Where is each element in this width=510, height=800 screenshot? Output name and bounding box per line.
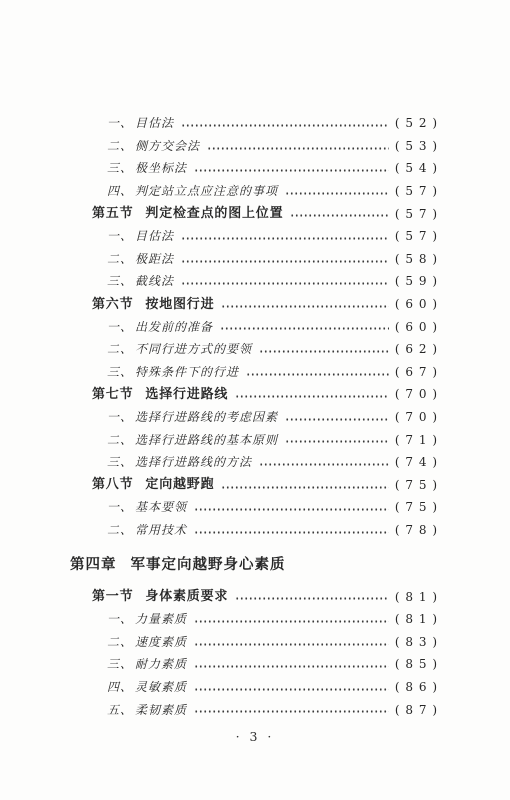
entry-page-number: ( 5 9 ) (395, 275, 438, 287)
entry-number: 四、 (107, 681, 133, 693)
entry-title: 按地图行进 (145, 298, 214, 311)
dot-leader (194, 676, 389, 699)
entry-title: 军事定向越野身心素质 (131, 558, 286, 573)
entry-title: 判定站立点应注意的事项 (135, 185, 278, 197)
book-page: 一、目估法( 5 2 )二、侧方交会法( 5 3 )三、极坐标法( 5 4 )四… (0, 0, 510, 800)
entry-page-number: ( 8 1 ) (395, 613, 438, 625)
entry-number: 第六节 (92, 298, 133, 311)
dot-leader (194, 698, 389, 721)
entry-number: 三、 (107, 456, 133, 468)
dot-leader (259, 451, 389, 474)
entry-number: 五、 (107, 704, 133, 716)
entry-title: 目估法 (135, 117, 174, 129)
entry-number: 三、 (107, 658, 133, 670)
dot-leader (235, 585, 389, 608)
entry-number: 二、 (107, 343, 133, 355)
dot-leader (194, 496, 389, 519)
dot-leader (221, 474, 389, 497)
toc-entry-row: 一、目估法( 5 2 ) (70, 112, 438, 135)
dot-leader (259, 338, 389, 361)
entry-number: 二、 (107, 434, 133, 446)
dot-leader (285, 428, 389, 451)
entry-page-number: ( 7 5 ) (395, 479, 438, 491)
entry-number: 四、 (107, 185, 133, 197)
entry-title: 目估法 (135, 230, 174, 242)
dot-leader (181, 270, 389, 293)
entry-number: 第一节 (92, 590, 133, 603)
entry-page-number: ( 5 8 ) (395, 253, 438, 265)
toc-entry-row: 第七节选择行进路线( 7 0 ) (70, 383, 438, 406)
toc-entry-row: 二、侧方交会法( 5 3 ) (70, 135, 438, 158)
toc-entry-row: 三、截线法( 5 9 ) (70, 270, 438, 293)
entry-page-number: ( 5 3 ) (395, 140, 438, 152)
entry-title: 基本要领 (135, 501, 187, 513)
entry-page-number: ( 7 8 ) (395, 524, 438, 536)
entry-number: 二、 (107, 140, 133, 152)
dot-leader (235, 383, 389, 406)
toc-entry-row: 三、耐力素质( 8 5 ) (70, 653, 438, 676)
entry-number: 一、 (107, 613, 133, 625)
dot-leader (290, 202, 389, 225)
entry-page-number: ( 8 6 ) (395, 681, 438, 693)
entry-title: 不同行进方式的要领 (135, 343, 252, 355)
toc-entry-row: 一、出发前的准备( 6 0 ) (70, 315, 438, 338)
entry-number: 第八节 (92, 478, 133, 491)
entry-title: 选择行进路线的方法 (135, 456, 252, 468)
toc-entry-row: 第一节身体素质要求( 8 1 ) (70, 585, 438, 608)
dot-leader (221, 293, 389, 316)
toc-list: 一、目估法( 5 2 )二、侧方交会法( 5 3 )三、极坐标法( 5 4 )四… (70, 112, 438, 721)
toc-entry-row: 二、不同行进方式的要领( 6 2 ) (70, 338, 438, 361)
dot-leader (194, 653, 389, 676)
entry-page-number: ( 5 7 ) (395, 208, 438, 220)
entry-number: 第五节 (92, 207, 133, 220)
entry-title: 选择行进路线的考虑因素 (135, 411, 278, 423)
toc-entry-row: 四、灵敏素质( 8 6 ) (70, 676, 438, 699)
entry-number: 一、 (107, 321, 133, 333)
entry-page-number: ( 5 7 ) (395, 185, 438, 197)
dot-leader (194, 157, 389, 180)
entry-title: 选择行进路线的基本原则 (135, 434, 278, 446)
entry-page-number: ( 7 5 ) (395, 501, 438, 513)
entry-page-number: ( 7 0 ) (395, 388, 438, 400)
entry-number: 第四章 (70, 558, 117, 573)
toc-entry-row: 第八节定向越野跑( 7 5 ) (70, 474, 438, 497)
dot-leader (246, 361, 389, 384)
toc-entry-row: 一、基本要领( 7 5 ) (70, 496, 438, 519)
toc-entry-row: 三、特殊条件下的行进( 6 7 ) (70, 361, 438, 384)
entry-page-number: ( 8 3 ) (395, 636, 438, 648)
entry-page-number: ( 8 5 ) (395, 658, 438, 670)
entry-title: 截线法 (135, 275, 174, 287)
entry-title: 身体素质要求 (145, 590, 228, 603)
toc-entry-row: 第五节判定检查点的图上位置( 5 7 ) (70, 202, 438, 225)
entry-page-number: ( 8 1 ) (395, 591, 438, 603)
entry-page-number: ( 5 4 ) (395, 162, 438, 174)
dot-leader (207, 135, 389, 158)
entry-title: 判定检查点的图上位置 (145, 207, 283, 220)
entry-number: 二、 (107, 636, 133, 648)
entry-title: 出发前的准备 (135, 321, 213, 333)
entry-number: 第七节 (92, 388, 133, 401)
entry-title: 常用技术 (135, 524, 187, 536)
dot-leader (285, 180, 389, 203)
entry-page-number: ( 7 1 ) (395, 434, 438, 446)
dot-leader (194, 608, 389, 631)
toc-chapter-row: 第四章军事定向越野身心素质 (70, 553, 438, 577)
entry-page-number: ( 6 0 ) (395, 321, 438, 333)
toc-entry-row: 第六节按地图行进( 6 0 ) (70, 293, 438, 316)
entry-page-number: ( 7 4 ) (395, 456, 438, 468)
entry-title: 侧方交会法 (135, 140, 200, 152)
toc-entry-row: 三、选择行进路线的方法( 7 4 ) (70, 451, 438, 474)
entry-number: 二、 (107, 524, 133, 536)
entry-title: 速度素质 (135, 636, 187, 648)
entry-number: 一、 (107, 411, 133, 423)
entry-page-number: ( 6 0 ) (395, 298, 438, 310)
toc-entry-row: 五、柔韧素质( 8 7 ) (70, 698, 438, 721)
entry-page-number: ( 7 0 ) (395, 411, 438, 423)
entry-title: 力量素质 (135, 613, 187, 625)
toc-entry-row: 一、力量素质( 8 1 ) (70, 608, 438, 631)
entry-title: 选择行进路线 (145, 388, 228, 401)
entry-title: 灵敏素质 (135, 681, 187, 693)
entry-title: 定向越野跑 (145, 478, 214, 491)
entry-number: 三、 (107, 366, 133, 378)
entry-title: 耐力素质 (135, 658, 187, 670)
entry-number: 一、 (107, 117, 133, 129)
entry-number: 一、 (107, 501, 133, 513)
entry-title: 特殊条件下的行进 (135, 366, 239, 378)
page-number-footer: · 3 · (0, 729, 510, 744)
dot-leader (220, 315, 389, 338)
dot-leader (285, 406, 389, 429)
entry-number: 三、 (107, 275, 133, 287)
entry-title: 极坐标法 (135, 162, 187, 174)
entry-number: 一、 (107, 230, 133, 242)
dot-leader (181, 112, 389, 135)
toc-entry-row: 一、选择行进路线的考虑因素( 7 0 ) (70, 406, 438, 429)
entry-page-number: ( 6 2 ) (395, 343, 438, 355)
toc-entry-row: 二、极距法( 5 8 ) (70, 248, 438, 271)
toc-entry-row: 二、选择行进路线的基本原则( 7 1 ) (70, 428, 438, 451)
dot-leader (194, 519, 389, 542)
entry-number: 二、 (107, 253, 133, 265)
entry-page-number: ( 5 2 ) (395, 117, 438, 129)
entry-number: 三、 (107, 162, 133, 174)
toc-entry-row: 四、判定站立点应注意的事项( 5 7 ) (70, 180, 438, 203)
dot-leader (194, 630, 389, 653)
toc-entry-row: 二、速度素质( 8 3 ) (70, 630, 438, 653)
entry-title: 柔韧素质 (135, 704, 187, 716)
entry-title: 极距法 (135, 253, 174, 265)
entry-page-number: ( 8 7 ) (395, 704, 438, 716)
toc-entry-row: 一、目估法( 5 7 ) (70, 225, 438, 248)
toc-entry-row: 三、极坐标法( 5 4 ) (70, 157, 438, 180)
dot-leader (181, 248, 389, 271)
entry-page-number: ( 6 7 ) (395, 366, 438, 378)
toc-entry-row: 二、常用技术( 7 8 ) (70, 519, 438, 542)
dot-leader (181, 225, 389, 248)
entry-page-number: ( 5 7 ) (395, 230, 438, 242)
